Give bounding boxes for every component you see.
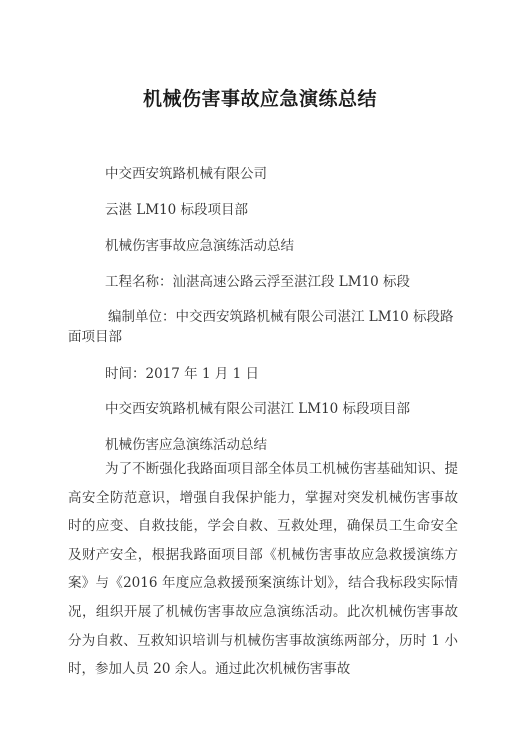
compiling-unit-continued: 面项目部: [68, 325, 122, 345]
document-title: 机械伤害事故应急演练总结: [0, 84, 520, 111]
project-department: 云湛 LM10 标段项目部: [105, 198, 248, 218]
compiling-unit: 编制单位：中交西安筑路机械有限公司湛江 LM10 标段路: [108, 305, 454, 325]
department-full-name: 中交西安筑路机械有限公司湛江 LM10 标段项目部: [105, 397, 410, 417]
company-name: 中交西安筑路机械有限公司: [105, 162, 267, 182]
document-date: 时间：2017 年 1 月 1 日: [105, 362, 259, 382]
project-name: 工程名称：汕湛高速公路云浮至湛江段 LM10 标段: [105, 270, 410, 290]
activity-summary-heading: 机械伤害应急演练活动总结: [105, 433, 267, 453]
body-paragraph: 为了不断强化我路面项目部全体员工机械伤害基础知识、提高安全防范意识，增强自我保护…: [68, 455, 458, 684]
document-page: 机械伤害事故应急演练总结 中交西安筑路机械有限公司 云湛 LM10 标段项目部 …: [0, 0, 520, 735]
summary-subtitle: 机械伤害事故应急演练活动总结: [105, 234, 294, 254]
